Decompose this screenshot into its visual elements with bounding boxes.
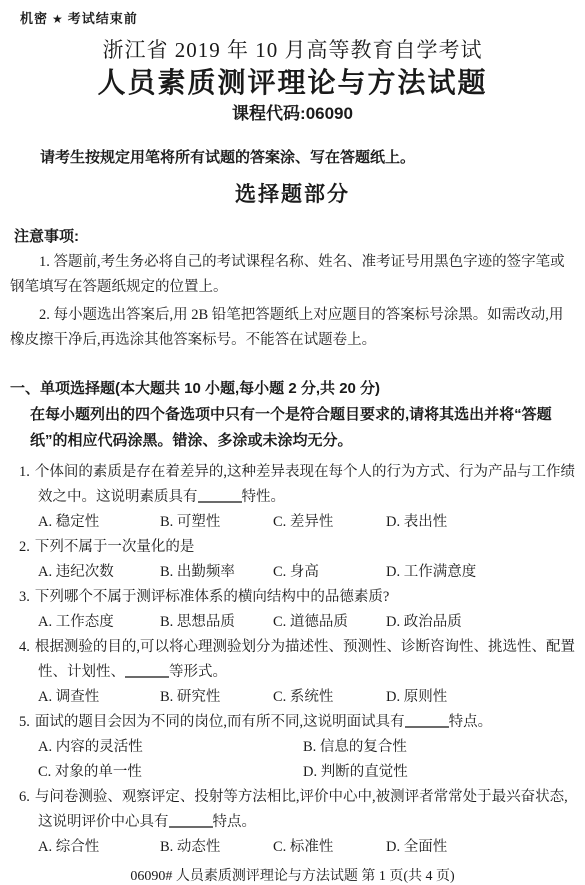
option: D. 政治品质 (386, 610, 575, 635)
part-one-subheading: 在每小题列出的四个备选项中只有一个是符合题目要求的,请将其选出并将“答题纸”的相… (30, 402, 575, 454)
notice-heading: 注意事项: (14, 226, 575, 247)
option: C. 系统性 (273, 685, 386, 710)
question-text-before: 与问卷测验、观察评定、投射等方法相比,评价中心中,被测评者常常处于最兴奋状态,这… (35, 789, 568, 830)
paper-title: 人员素质测评理论与方法试题 (10, 65, 575, 100)
option: C. 道德品质 (273, 610, 386, 635)
options-grid: A. 违纪次数B. 出勤频率C. 身高D. 工作满意度 (38, 560, 575, 585)
answer-sheet-instruction: 请考生按规定用笔将所有试题的答案涂、写在答题纸上。 (10, 147, 575, 168)
question-number: 3. (19, 589, 30, 605)
answer-blank (125, 665, 169, 678)
option: D. 工作满意度 (386, 560, 575, 585)
option: D. 判断的直觉性 (303, 760, 575, 785)
notice-item-1: 1. 答题前,考生务必将自己的考试课程名称、姓名、准考证号用黑色字迹的签字笔或钢… (10, 250, 575, 300)
answer-blank (169, 815, 213, 828)
section-title: 选择题部分 (10, 181, 575, 208)
page-footer: 06090# 人员素质测评理论与方法试题 第 1 页(共 4 页) (10, 867, 575, 885)
question-text-after: 特点。 (449, 714, 493, 730)
option: B. 出勤频率 (160, 560, 273, 585)
question-number: 5. (19, 714, 30, 730)
question-text: 2.下列不属于一次量化的是 (10, 535, 575, 560)
option: D. 全面性 (386, 835, 575, 860)
notice-item-2: 2. 每小题选出答案后,用 2B 铅笔把答题纸上对应题目的答案标号涂黑。如需改动… (10, 303, 575, 353)
options-grid: A. 综合性B. 动态性C. 标准性D. 全面性 (38, 835, 575, 860)
star-icon: ★ (52, 12, 64, 26)
option: A. 违纪次数 (38, 560, 160, 585)
question: 3.下列哪个不属于测评标准体系的横向结构中的品德素质? A. 工作态度B. 思想… (10, 585, 575, 635)
question-text-before: 根据测验的目的,可以将心理测验划分为描述性、预测性、诊断咨询性、挑选性、配置性、… (35, 639, 575, 680)
answer-blank (405, 715, 449, 728)
options-grid: A. 工作态度B. 思想品质C. 道德品质D. 政治品质 (38, 610, 575, 635)
exam-page: 机密★考试结束前 浙江省 2019 年 10 月高等教育自学考试 人员素质测评理… (0, 0, 585, 885)
option: A. 工作态度 (38, 610, 160, 635)
course-code: 课程代码:06090 (10, 103, 575, 125)
answer-blank (198, 490, 242, 503)
option: C. 对象的单一性 (38, 760, 303, 785)
question-number: 6. (19, 789, 30, 805)
exam-session-title: 浙江省 2019 年 10 月高等教育自学考试 (10, 36, 575, 64)
option: D. 原则性 (386, 685, 575, 710)
question: 4.根据测验的目的,可以将心理测验划分为描述性、预测性、诊断咨询性、挑选性、配置… (10, 635, 575, 710)
option: D. 表出性 (386, 510, 575, 535)
question: 6.与问卷测验、观察评定、投射等方法相比,评价中心中,被测评者常常处于最兴奋状态… (10, 785, 575, 860)
option: C. 身高 (273, 560, 386, 585)
notice-block: 注意事项: 1. 答题前,考生务必将自己的考试课程名称、姓名、准考证号用黑色字迹… (10, 226, 575, 353)
option: B. 研究性 (160, 685, 273, 710)
security-label-right: 考试结束前 (68, 11, 138, 26)
question-text-before: 下列不属于一次量化的是 (35, 539, 195, 555)
security-label-left: 机密 (20, 11, 48, 26)
question: 2.下列不属于一次量化的是 A. 违纪次数B. 出勤频率C. 身高D. 工作满意… (10, 535, 575, 585)
question: 1.个体间的素质是存在着差异的,这种差异表现在每个人的行为方式、行为产品与工作绩… (10, 460, 575, 535)
security-marking: 机密★考试结束前 (20, 8, 575, 27)
option: A. 综合性 (38, 835, 160, 860)
question-text-after: 特点。 (213, 814, 257, 830)
question-text: 6.与问卷测验、观察评定、投射等方法相比,评价中心中,被测评者常常处于最兴奋状态… (10, 785, 575, 835)
option: B. 思想品质 (160, 610, 273, 635)
question-text-before: 下列哪个不属于测评标准体系的横向结构中的品德素质? (35, 589, 389, 605)
option: C. 标准性 (273, 835, 386, 860)
question-text-before: 面试的题目会因为不同的岗位,而有所不同,这说明面试具有 (35, 714, 405, 730)
question-text: 4.根据测验的目的,可以将心理测验划分为描述性、预测性、诊断咨询性、挑选性、配置… (10, 635, 575, 685)
option: A. 内容的灵活性 (38, 735, 303, 760)
question-number: 2. (19, 539, 30, 555)
question-text: 3.下列哪个不属于测评标准体系的横向结构中的品德素质? (10, 585, 575, 610)
option: B. 动态性 (160, 835, 273, 860)
options-grid: A. 内容的灵活性B. 信息的复合性C. 对象的单一性D. 判断的直觉性 (38, 735, 575, 785)
option: A. 调查性 (38, 685, 160, 710)
options-grid: A. 调查性B. 研究性C. 系统性D. 原则性 (38, 685, 575, 710)
option: C. 差异性 (273, 510, 386, 535)
option: B. 可塑性 (160, 510, 273, 535)
question-text: 1.个体间的素质是存在着差异的,这种差异表现在每个人的行为方式、行为产品与工作绩… (10, 460, 575, 510)
question-text-after: 特性。 (242, 489, 286, 505)
option: B. 信息的复合性 (303, 735, 575, 760)
question-text-after: 等形式。 (169, 664, 227, 680)
questions-list: 1.个体间的素质是存在着差异的,这种差异表现在每个人的行为方式、行为产品与工作绩… (10, 460, 575, 860)
option: A. 稳定性 (38, 510, 160, 535)
part-one-heading: 一、单项选择题(本大题共 10 小题,每小题 2 分,共 20 分) (10, 376, 575, 401)
question-text: 5.面试的题目会因为不同的岗位,而有所不同,这说明面试具有特点。 (10, 710, 575, 735)
question-number: 1. (19, 464, 30, 480)
question-number: 4. (19, 639, 30, 655)
question: 5.面试的题目会因为不同的岗位,而有所不同,这说明面试具有特点。 A. 内容的灵… (10, 710, 575, 785)
question-text-before: 个体间的素质是存在着差异的,这种差异表现在每个人的行为方式、行为产品与工作绩效之… (35, 464, 575, 505)
options-grid: A. 稳定性B. 可塑性C. 差异性D. 表出性 (38, 510, 575, 535)
